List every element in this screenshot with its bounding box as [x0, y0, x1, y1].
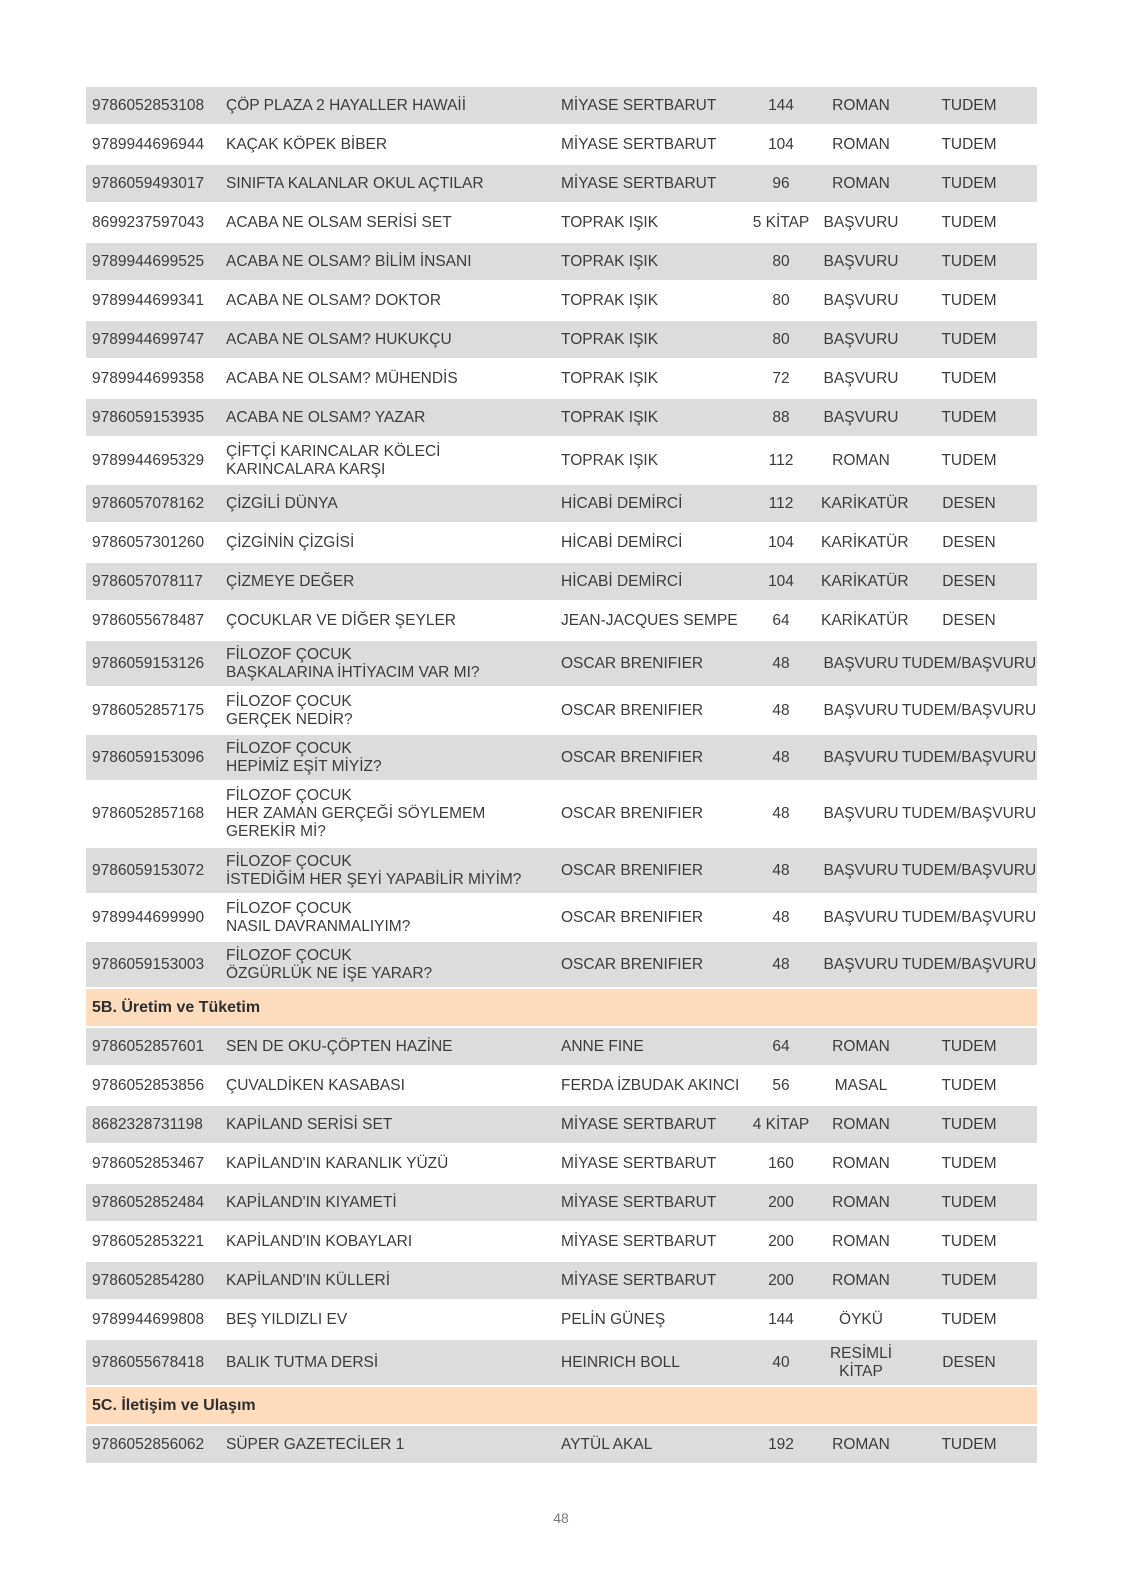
publisher-cell: DESEN — [901, 612, 1037, 630]
table-row: 9786055678487ÇOCUKLAR VE DİĞER ŞEYLERJEA… — [86, 602, 1037, 641]
table-row: 9786052853467KAPİLAND'IN KARANLIK YÜZÜMİ… — [86, 1145, 1037, 1184]
pages-cell: 200 — [741, 1233, 821, 1251]
type-cell: BAŞVURU — [821, 702, 901, 720]
publisher-cell: TUDEM/BAŞVURU — [901, 909, 1037, 927]
type-cell: ROMAN — [821, 1272, 901, 1290]
publisher-cell: TUDEM — [901, 370, 1037, 388]
author-cell: MİYASE SERTBARUT — [561, 136, 741, 154]
publisher-cell: TUDEM — [901, 409, 1037, 427]
title-cell: BEŞ YILDIZLI EV — [226, 1311, 561, 1329]
type-cell: BAŞVURU — [821, 253, 901, 271]
table-row: 9786052854280KAPİLAND'IN KÜLLERİMİYASE S… — [86, 1262, 1037, 1301]
type-cell: BAŞVURU — [821, 331, 901, 349]
title-cell: ÇÖP PLAZA 2 HAYALLER HAWAİİ — [226, 97, 561, 115]
isbn-cell: 8682328731198 — [86, 1116, 226, 1134]
publisher-cell: TUDEM — [901, 1233, 1037, 1251]
publisher-cell: TUDEM — [901, 175, 1037, 193]
author-cell: TOPRAK IŞIK — [561, 370, 741, 388]
table-row: 9786052853221KAPİLAND'IN KOBAYLARIMİYASE… — [86, 1223, 1037, 1262]
type-cell: ROMAN — [821, 1155, 901, 1173]
pages-cell: 80 — [741, 253, 821, 271]
publisher-cell: TUDEM — [901, 136, 1037, 154]
title-cell: ACABA NE OLSAM SERİSİ SET — [226, 214, 561, 232]
publisher-cell: DESEN — [901, 573, 1037, 591]
title-cell: ACABA NE OLSAM? YAZAR — [226, 409, 561, 427]
type-cell: BAŞVURU — [821, 805, 901, 823]
type-cell: KARİKATÜR — [821, 534, 901, 552]
publisher-cell: DESEN — [901, 495, 1037, 513]
pages-cell: 40 — [741, 1354, 821, 1372]
publisher-cell: TUDEM — [901, 97, 1037, 115]
isbn-cell: 9789944699990 — [86, 909, 226, 927]
publisher-cell: TUDEM — [901, 214, 1037, 232]
title-cell: ÇİZGİLİ DÜNYA — [226, 495, 561, 513]
pages-cell: 96 — [741, 175, 821, 193]
isbn-cell: 9786057078117 — [86, 573, 226, 591]
type-cell: KARİKATÜR — [821, 573, 901, 591]
author-cell: OSCAR BRENIFIER — [561, 909, 741, 927]
type-cell: BAŞVURU — [821, 749, 901, 767]
isbn-cell: 9786059153072 — [86, 862, 226, 880]
type-cell: BAŞVURU — [821, 956, 901, 974]
author-cell: HİCABİ DEMİRCİ — [561, 573, 741, 591]
author-cell: OSCAR BRENIFIER — [561, 956, 741, 974]
title-cell: ÇOCUKLAR VE DİĞER ŞEYLER — [226, 612, 561, 630]
pages-cell: 64 — [741, 612, 821, 630]
table-row: 9786052857168FİLOZOF ÇOCUK HER ZAMAN GER… — [86, 782, 1037, 848]
publisher-cell: TUDEM/BAŞVURU — [901, 749, 1037, 767]
pages-cell: 80 — [741, 331, 821, 349]
title-cell: SINIFTA KALANLAR OKUL AÇTILAR — [226, 175, 561, 193]
isbn-cell: 9786055678487 — [86, 612, 226, 630]
title-cell: SÜPER GAZETECİLER 1 — [226, 1436, 561, 1454]
isbn-cell: 9786052857168 — [86, 805, 226, 823]
table-row: 9786057301260ÇİZGİNİN ÇİZGİSİHİCABİ DEMİ… — [86, 524, 1037, 563]
type-cell: BAŞVURU — [821, 292, 901, 310]
pages-cell: 48 — [741, 909, 821, 927]
table-row: 9786057078162ÇİZGİLİ DÜNYAHİCABİ DEMİRCİ… — [86, 485, 1037, 524]
title-cell: ÇİZMEYE DEĞER — [226, 573, 561, 591]
pages-cell: 104 — [741, 136, 821, 154]
title-cell: FİLOZOF ÇOCUK İSTEDİĞİM HER ŞEYİ YAPABİL… — [226, 853, 561, 889]
pages-cell: 48 — [741, 702, 821, 720]
table-row: 9786059153003FİLOZOF ÇOCUK ÖZGÜRLÜK NE İ… — [86, 942, 1037, 989]
isbn-cell: 9789944699341 — [86, 292, 226, 310]
isbn-cell: 9786052853467 — [86, 1155, 226, 1173]
pages-cell: 64 — [741, 1038, 821, 1056]
title-cell: FİLOZOF ÇOCUK BAŞKALARINA İHTİYACIM VAR … — [226, 646, 561, 682]
title-cell: BALIK TUTMA DERSİ — [226, 1354, 561, 1372]
author-cell: AYTÜL AKAL — [561, 1436, 741, 1454]
pages-cell: 48 — [741, 862, 821, 880]
title-cell: KAPİLAND SERİSİ SET — [226, 1116, 561, 1134]
type-cell: KARİKATÜR — [821, 495, 901, 513]
author-cell: HİCABİ DEMİRCİ — [561, 534, 741, 552]
type-cell: ROMAN — [821, 452, 901, 470]
isbn-cell: 9789944699358 — [86, 370, 226, 388]
publisher-cell: TUDEM — [901, 292, 1037, 310]
author-cell: HEINRICH BOLL — [561, 1354, 741, 1372]
isbn-cell: 9786055678418 — [86, 1354, 226, 1372]
type-cell: ROMAN — [821, 1233, 901, 1251]
author-cell: MİYASE SERTBARUT — [561, 97, 741, 115]
title-cell: FİLOZOF ÇOCUK HER ZAMAN GERÇEĞİ SÖYLEMEM… — [226, 787, 561, 841]
table-row: 9789944699747ACABA NE OLSAM? HUKUKÇUTOPR… — [86, 321, 1037, 360]
title-cell: SEN DE OKU-ÇÖPTEN HAZİNE — [226, 1038, 561, 1056]
publisher-cell: TUDEM — [901, 253, 1037, 271]
publisher-cell: DESEN — [901, 1354, 1037, 1372]
type-cell: ROMAN — [821, 1038, 901, 1056]
isbn-cell: 9786059153126 — [86, 655, 226, 673]
author-cell: MİYASE SERTBARUT — [561, 1155, 741, 1173]
type-cell: ROMAN — [821, 1436, 901, 1454]
publisher-cell: TUDEM — [901, 331, 1037, 349]
table-row: 9786052853856ÇUVALDİKEN KASABASIFERDA İZ… — [86, 1067, 1037, 1106]
isbn-cell: 9786059153935 — [86, 409, 226, 427]
publisher-cell: TUDEM — [901, 1038, 1037, 1056]
pages-cell: 48 — [741, 749, 821, 767]
author-cell: TOPRAK IŞIK — [561, 409, 741, 427]
table-row: 9786052856062SÜPER GAZETECİLER 1AYTÜL AK… — [86, 1426, 1037, 1465]
author-cell: OSCAR BRENIFIER — [561, 655, 741, 673]
isbn-cell: 9789944699747 — [86, 331, 226, 349]
type-cell: BAŞVURU — [821, 370, 901, 388]
author-cell: MİYASE SERTBARUT — [561, 175, 741, 193]
author-cell: FERDA İZBUDAK AKINCI — [561, 1077, 741, 1095]
pages-cell: 200 — [741, 1272, 821, 1290]
section-heading: 5C. İletişim ve Ulaşım — [86, 1387, 1037, 1426]
isbn-cell: 9789944696944 — [86, 136, 226, 154]
pages-cell: 144 — [741, 97, 821, 115]
publisher-cell: TUDEM — [901, 1116, 1037, 1134]
pages-cell: 112 — [741, 495, 821, 513]
title-cell: ACABA NE OLSAM? BİLİM İNSANI — [226, 253, 561, 271]
type-cell: BAŞVURU — [821, 862, 901, 880]
type-cell: KARİKATÜR — [821, 612, 901, 630]
author-cell: HİCABİ DEMİRCİ — [561, 495, 741, 513]
publisher-cell: DESEN — [901, 534, 1037, 552]
isbn-cell: 9786057301260 — [86, 534, 226, 552]
pages-cell: 104 — [741, 534, 821, 552]
author-cell: OSCAR BRENIFIER — [561, 749, 741, 767]
type-cell: ROMAN — [821, 175, 901, 193]
title-cell: FİLOZOF ÇOCUK HEPİMİZ EŞİT MİYİZ? — [226, 740, 561, 776]
isbn-cell: 9789944699808 — [86, 1311, 226, 1329]
publisher-cell: TUDEM — [901, 1077, 1037, 1095]
isbn-cell: 9786057078162 — [86, 495, 226, 513]
author-cell: TOPRAK IŞIK — [561, 292, 741, 310]
pages-cell: 144 — [741, 1311, 821, 1329]
isbn-cell: 9786052856062 — [86, 1436, 226, 1454]
page-number: 48 — [0, 1510, 1122, 1526]
publisher-cell: TUDEM — [901, 1436, 1037, 1454]
type-cell: ROMAN — [821, 1194, 901, 1212]
pages-cell: 72 — [741, 370, 821, 388]
table-row: 9786052852484KAPİLAND'IN KIYAMETİMİYASE … — [86, 1184, 1037, 1223]
publisher-cell: TUDEM/BAŞVURU — [901, 862, 1037, 880]
table-row: 9786052857601SEN DE OKU-ÇÖPTEN HAZİNEANN… — [86, 1028, 1037, 1067]
table-row: 9786059493017SINIFTA KALANLAR OKUL AÇTIL… — [86, 165, 1037, 204]
isbn-cell: 9786052853221 — [86, 1233, 226, 1251]
isbn-cell: 9789944695329 — [86, 452, 226, 470]
publisher-cell: TUDEM — [901, 1272, 1037, 1290]
publisher-cell: TUDEM/BAŞVURU — [901, 956, 1037, 974]
table-row: 9786057078117ÇİZMEYE DEĞERHİCABİ DEMİRCİ… — [86, 563, 1037, 602]
table-row: 9786052857175FİLOZOF ÇOCUK GERÇEK NEDİR?… — [86, 688, 1037, 735]
isbn-cell: 9786059153096 — [86, 749, 226, 767]
table-row: 8682328731198KAPİLAND SERİSİ SETMİYASE S… — [86, 1106, 1037, 1145]
publisher-cell: TUDEM — [901, 1194, 1037, 1212]
isbn-cell: 9786052852484 — [86, 1194, 226, 1212]
table-row: 8699237597043ACABA NE OLSAM SERİSİ SETTO… — [86, 204, 1037, 243]
publisher-cell: TUDEM/BAŞVURU — [901, 805, 1037, 823]
type-cell: BAŞVURU — [821, 655, 901, 673]
title-cell: KAPİLAND'IN KÜLLERİ — [226, 1272, 561, 1290]
type-cell: MASAL — [821, 1077, 901, 1095]
isbn-cell: 9786059493017 — [86, 175, 226, 193]
author-cell: TOPRAK IŞIK — [561, 452, 741, 470]
table-row: 9789944696944KAÇAK KÖPEK BİBERMİYASE SER… — [86, 126, 1037, 165]
section-heading: 5B. Üretim ve Tüketim — [86, 989, 1037, 1028]
isbn-cell: 9789944699525 — [86, 253, 226, 271]
title-cell: ACABA NE OLSAM? HUKUKÇU — [226, 331, 561, 349]
publisher-cell: TUDEM — [901, 1155, 1037, 1173]
type-cell: ÖYKÜ — [821, 1311, 901, 1329]
pages-cell: 104 — [741, 573, 821, 591]
table-row: 9786059153072FİLOZOF ÇOCUK İSTEDİĞİM HER… — [86, 848, 1037, 895]
title-cell: FİLOZOF ÇOCUK ÖZGÜRLÜK NE İŞE YARAR? — [226, 947, 561, 983]
title-cell: FİLOZOF ÇOCUK NASIL DAVRANMALIYIM? — [226, 900, 561, 936]
publisher-cell: TUDEM/BAŞVURU — [901, 702, 1037, 720]
author-cell: PELİN GÜNEŞ — [561, 1311, 741, 1329]
book-list-table: 9786052853108ÇÖP PLAZA 2 HAYALLER HAWAİİ… — [86, 87, 1037, 1465]
isbn-cell: 8699237597043 — [86, 214, 226, 232]
table-row: 9786059153126FİLOZOF ÇOCUK BAŞKALARINA İ… — [86, 641, 1037, 688]
title-cell: ÇUVALDİKEN KASABASI — [226, 1077, 561, 1095]
title-cell: KAPİLAND'IN KARANLIK YÜZÜ — [226, 1155, 561, 1173]
title-cell: KAPİLAND'IN KOBAYLARI — [226, 1233, 561, 1251]
table-row: 9789944699990FİLOZOF ÇOCUK NASIL DAVRANM… — [86, 895, 1037, 942]
pages-cell: 5 KİTAP — [741, 214, 821, 232]
table-row: 9789944699525ACABA NE OLSAM? BİLİM İNSAN… — [86, 243, 1037, 282]
table-row: 9789944699341ACABA NE OLSAM? DOKTORTOPRA… — [86, 282, 1037, 321]
table-row: 9789944699808BEŞ YILDIZLI EVPELİN GÜNEŞ1… — [86, 1301, 1037, 1340]
pages-cell: 192 — [741, 1436, 821, 1454]
author-cell: ANNE FINE — [561, 1038, 741, 1056]
author-cell: JEAN-JACQUES SEMPE — [561, 612, 741, 630]
isbn-cell: 9786052857601 — [86, 1038, 226, 1056]
pages-cell: 48 — [741, 956, 821, 974]
author-cell: MİYASE SERTBARUT — [561, 1194, 741, 1212]
pages-cell: 80 — [741, 292, 821, 310]
isbn-cell: 9786052854280 — [86, 1272, 226, 1290]
type-cell: ROMAN — [821, 136, 901, 154]
type-cell: ROMAN — [821, 97, 901, 115]
publisher-cell: TUDEM — [901, 1311, 1037, 1329]
title-cell: ÇİZGİNİN ÇİZGİSİ — [226, 534, 561, 552]
pages-cell: 4 KİTAP — [741, 1116, 821, 1134]
pages-cell: 160 — [741, 1155, 821, 1173]
title-cell: KAPİLAND'IN KIYAMETİ — [226, 1194, 561, 1212]
author-cell: MİYASE SERTBARUT — [561, 1116, 741, 1134]
pages-cell: 112 — [741, 452, 821, 470]
author-cell: TOPRAK IŞIK — [561, 214, 741, 232]
type-cell: BAŞVURU — [821, 409, 901, 427]
isbn-cell: 9786052853856 — [86, 1077, 226, 1095]
pages-cell: 200 — [741, 1194, 821, 1212]
isbn-cell: 9786052857175 — [86, 702, 226, 720]
author-cell: OSCAR BRENIFIER — [561, 702, 741, 720]
table-row: 9789944695329ÇİFTÇİ KARINCALAR KÖLECİ KA… — [86, 438, 1037, 485]
title-cell: ÇİFTÇİ KARINCALAR KÖLECİ KARINCALARA KAR… — [226, 443, 561, 479]
type-cell: BAŞVURU — [821, 214, 901, 232]
table-row: 9786059153096FİLOZOF ÇOCUK HEPİMİZ EŞİT … — [86, 735, 1037, 782]
pages-cell: 56 — [741, 1077, 821, 1095]
title-cell: FİLOZOF ÇOCUK GERÇEK NEDİR? — [226, 693, 561, 729]
author-cell: TOPRAK IŞIK — [561, 331, 741, 349]
table-row: 9786052853108ÇÖP PLAZA 2 HAYALLER HAWAİİ… — [86, 87, 1037, 126]
table-row: 9786055678418BALIK TUTMA DERSİHEINRICH B… — [86, 1340, 1037, 1387]
pages-cell: 48 — [741, 805, 821, 823]
pages-cell: 88 — [741, 409, 821, 427]
title-cell: KAÇAK KÖPEK BİBER — [226, 136, 561, 154]
pages-cell: 48 — [741, 655, 821, 673]
table-row: 9789944699358ACABA NE OLSAM? MÜHENDİSTOP… — [86, 360, 1037, 399]
title-cell: ACABA NE OLSAM? MÜHENDİS — [226, 370, 561, 388]
author-cell: MİYASE SERTBARUT — [561, 1233, 741, 1251]
type-cell: ROMAN — [821, 1116, 901, 1134]
author-cell: OSCAR BRENIFIER — [561, 805, 741, 823]
title-cell: ACABA NE OLSAM? DOKTOR — [226, 292, 561, 310]
isbn-cell: 9786052853108 — [86, 97, 226, 115]
type-cell: BAŞVURU — [821, 909, 901, 927]
isbn-cell: 9786059153003 — [86, 956, 226, 974]
author-cell: TOPRAK IŞIK — [561, 253, 741, 271]
type-cell: RESİMLİ KİTAP — [821, 1345, 901, 1381]
author-cell: MİYASE SERTBARUT — [561, 1272, 741, 1290]
author-cell: OSCAR BRENIFIER — [561, 862, 741, 880]
table-row: 9786059153935ACABA NE OLSAM? YAZARTOPRAK… — [86, 399, 1037, 438]
publisher-cell: TUDEM — [901, 452, 1037, 470]
publisher-cell: TUDEM/BAŞVURU — [901, 655, 1037, 673]
